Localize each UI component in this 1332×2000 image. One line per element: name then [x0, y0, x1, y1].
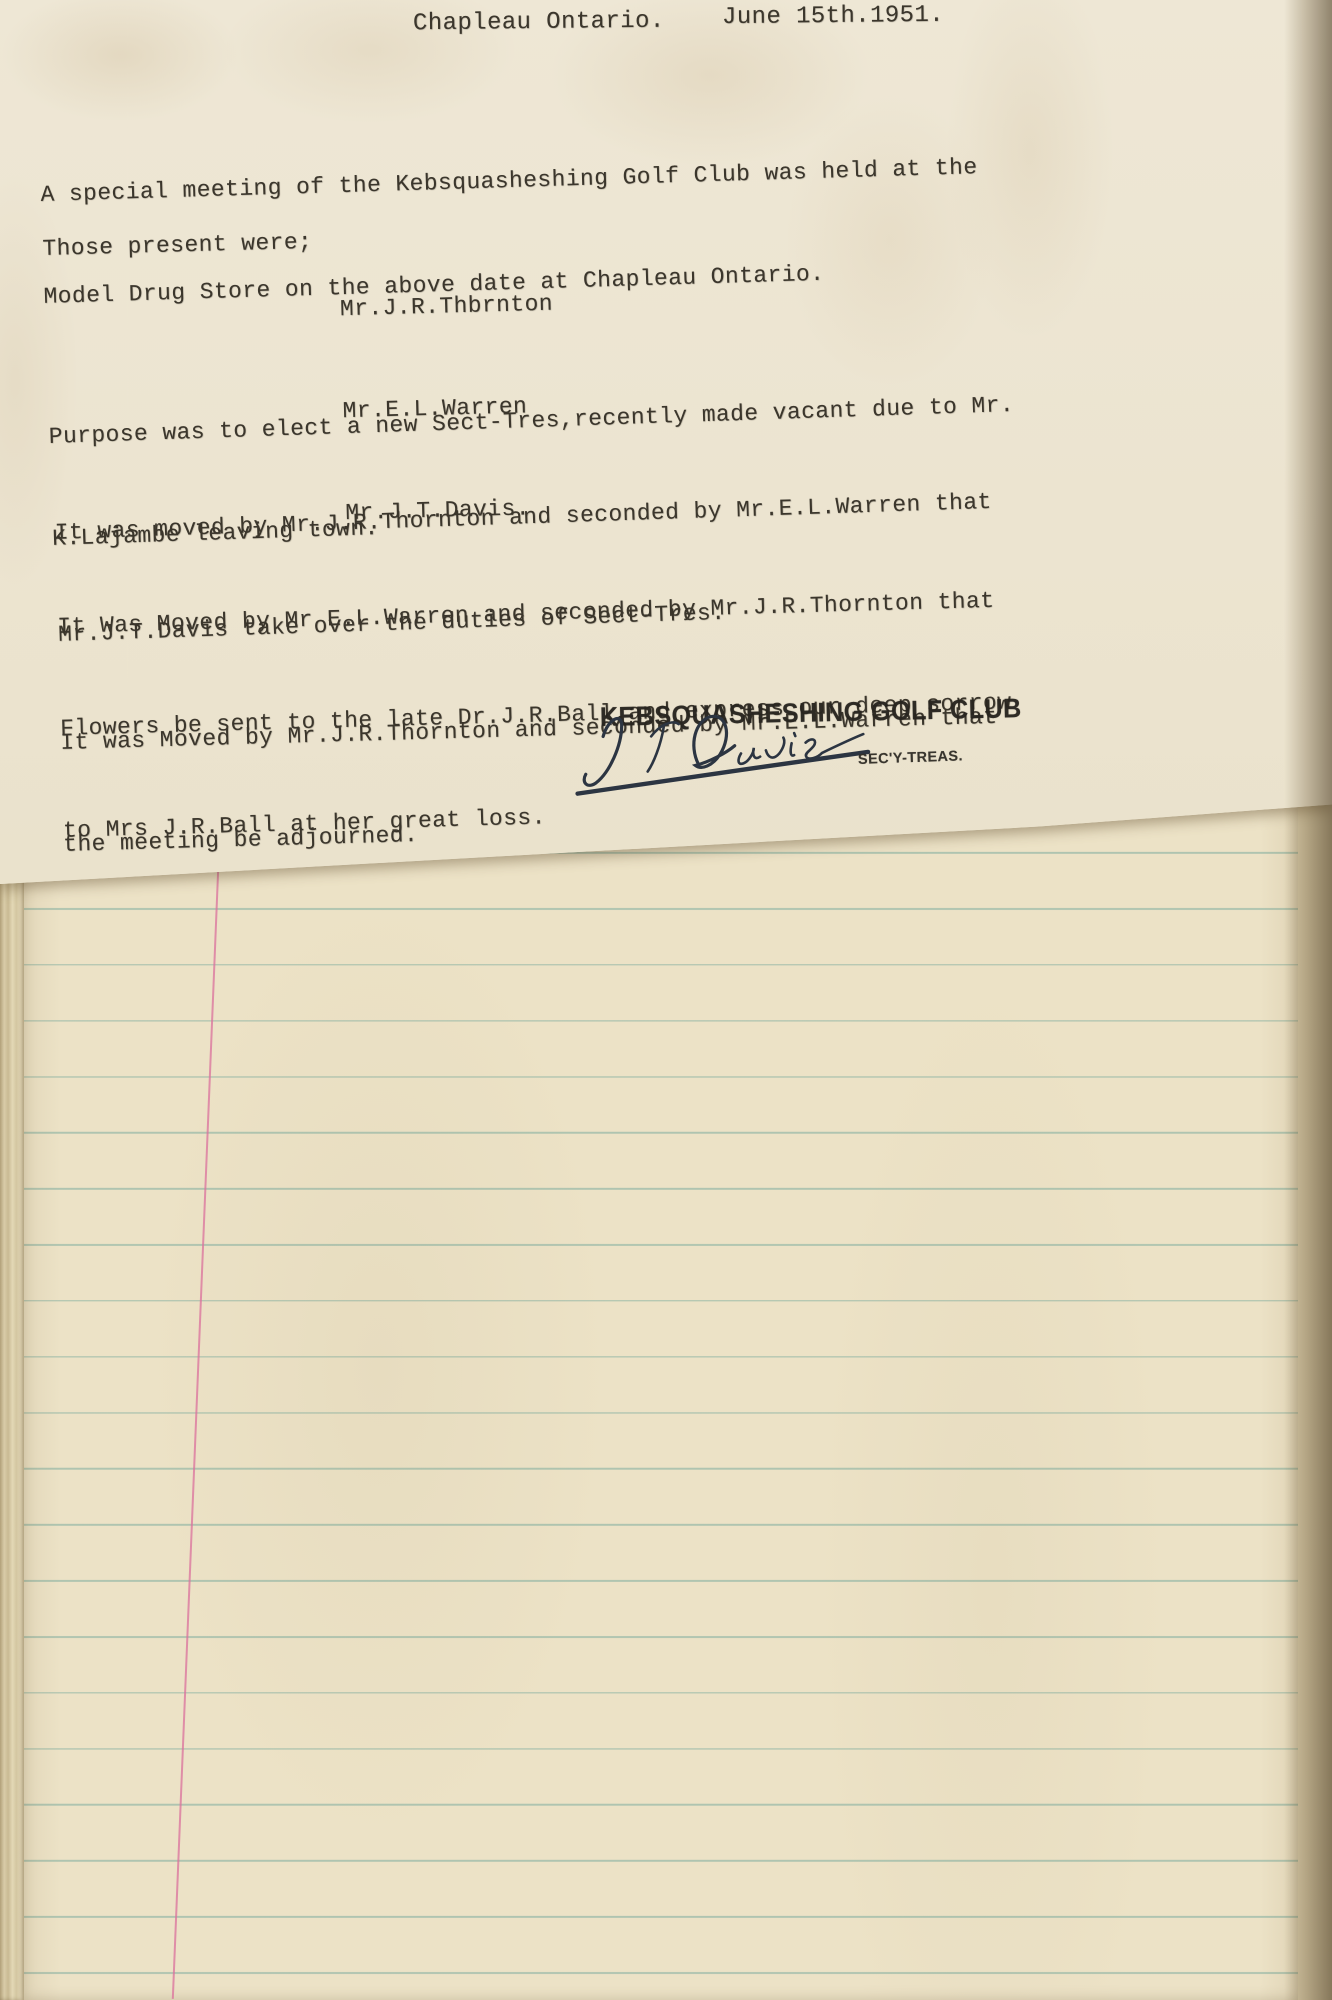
mot3-line-2: the meeting be adjourned.	[63, 802, 1001, 862]
typed-letter-sheet-wrap: Chapleau Ontario. June 15th.1951. A spec…	[0, 0, 1332, 884]
scanned-minutes-page: Chapleau Ontario. June 15th.1951. A spec…	[0, 0, 1332, 2000]
secretary-signature: J.T.Davis	[566, 695, 880, 806]
book-right-edge-shadow	[1284, 0, 1332, 2000]
attendee-1: Mr.J.R.Thbrnton	[340, 287, 554, 327]
opening-line-1: A special meeting of the Kebsquasheshing…	[40, 150, 978, 212]
letter-place: Chapleau Ontario.	[413, 5, 665, 42]
signature-ink-strokes	[566, 695, 880, 806]
typed-letter-sheet: Chapleau Ontario. June 15th.1951. A spec…	[0, 0, 1332, 884]
letter-date: June 15th.1951.	[722, 0, 944, 35]
present-label: Those present were;	[42, 225, 313, 266]
